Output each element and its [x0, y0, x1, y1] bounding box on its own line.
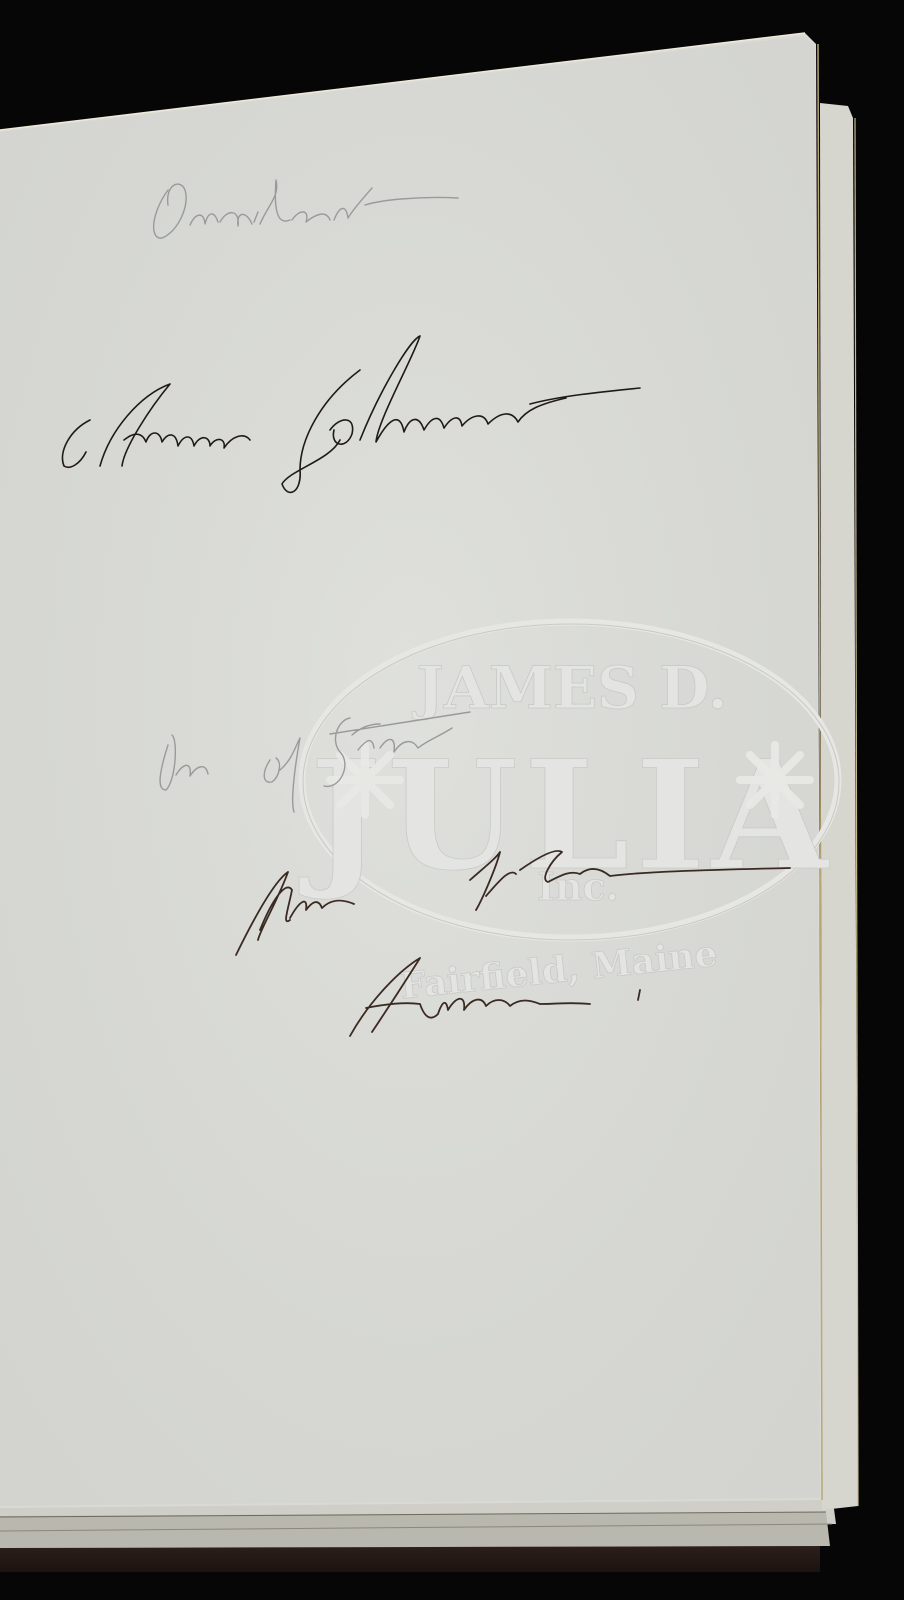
signature-andrew-johnson [62, 336, 640, 492]
photo-scene: JAMES D. JULIA Inc. Fairfield, Maine [0, 0, 904, 1600]
pencil-sec-of-state [160, 712, 470, 812]
signature-william-h-seward [236, 851, 790, 1036]
handwriting-layer [0, 0, 904, 1600]
pencil-president [154, 180, 458, 238]
